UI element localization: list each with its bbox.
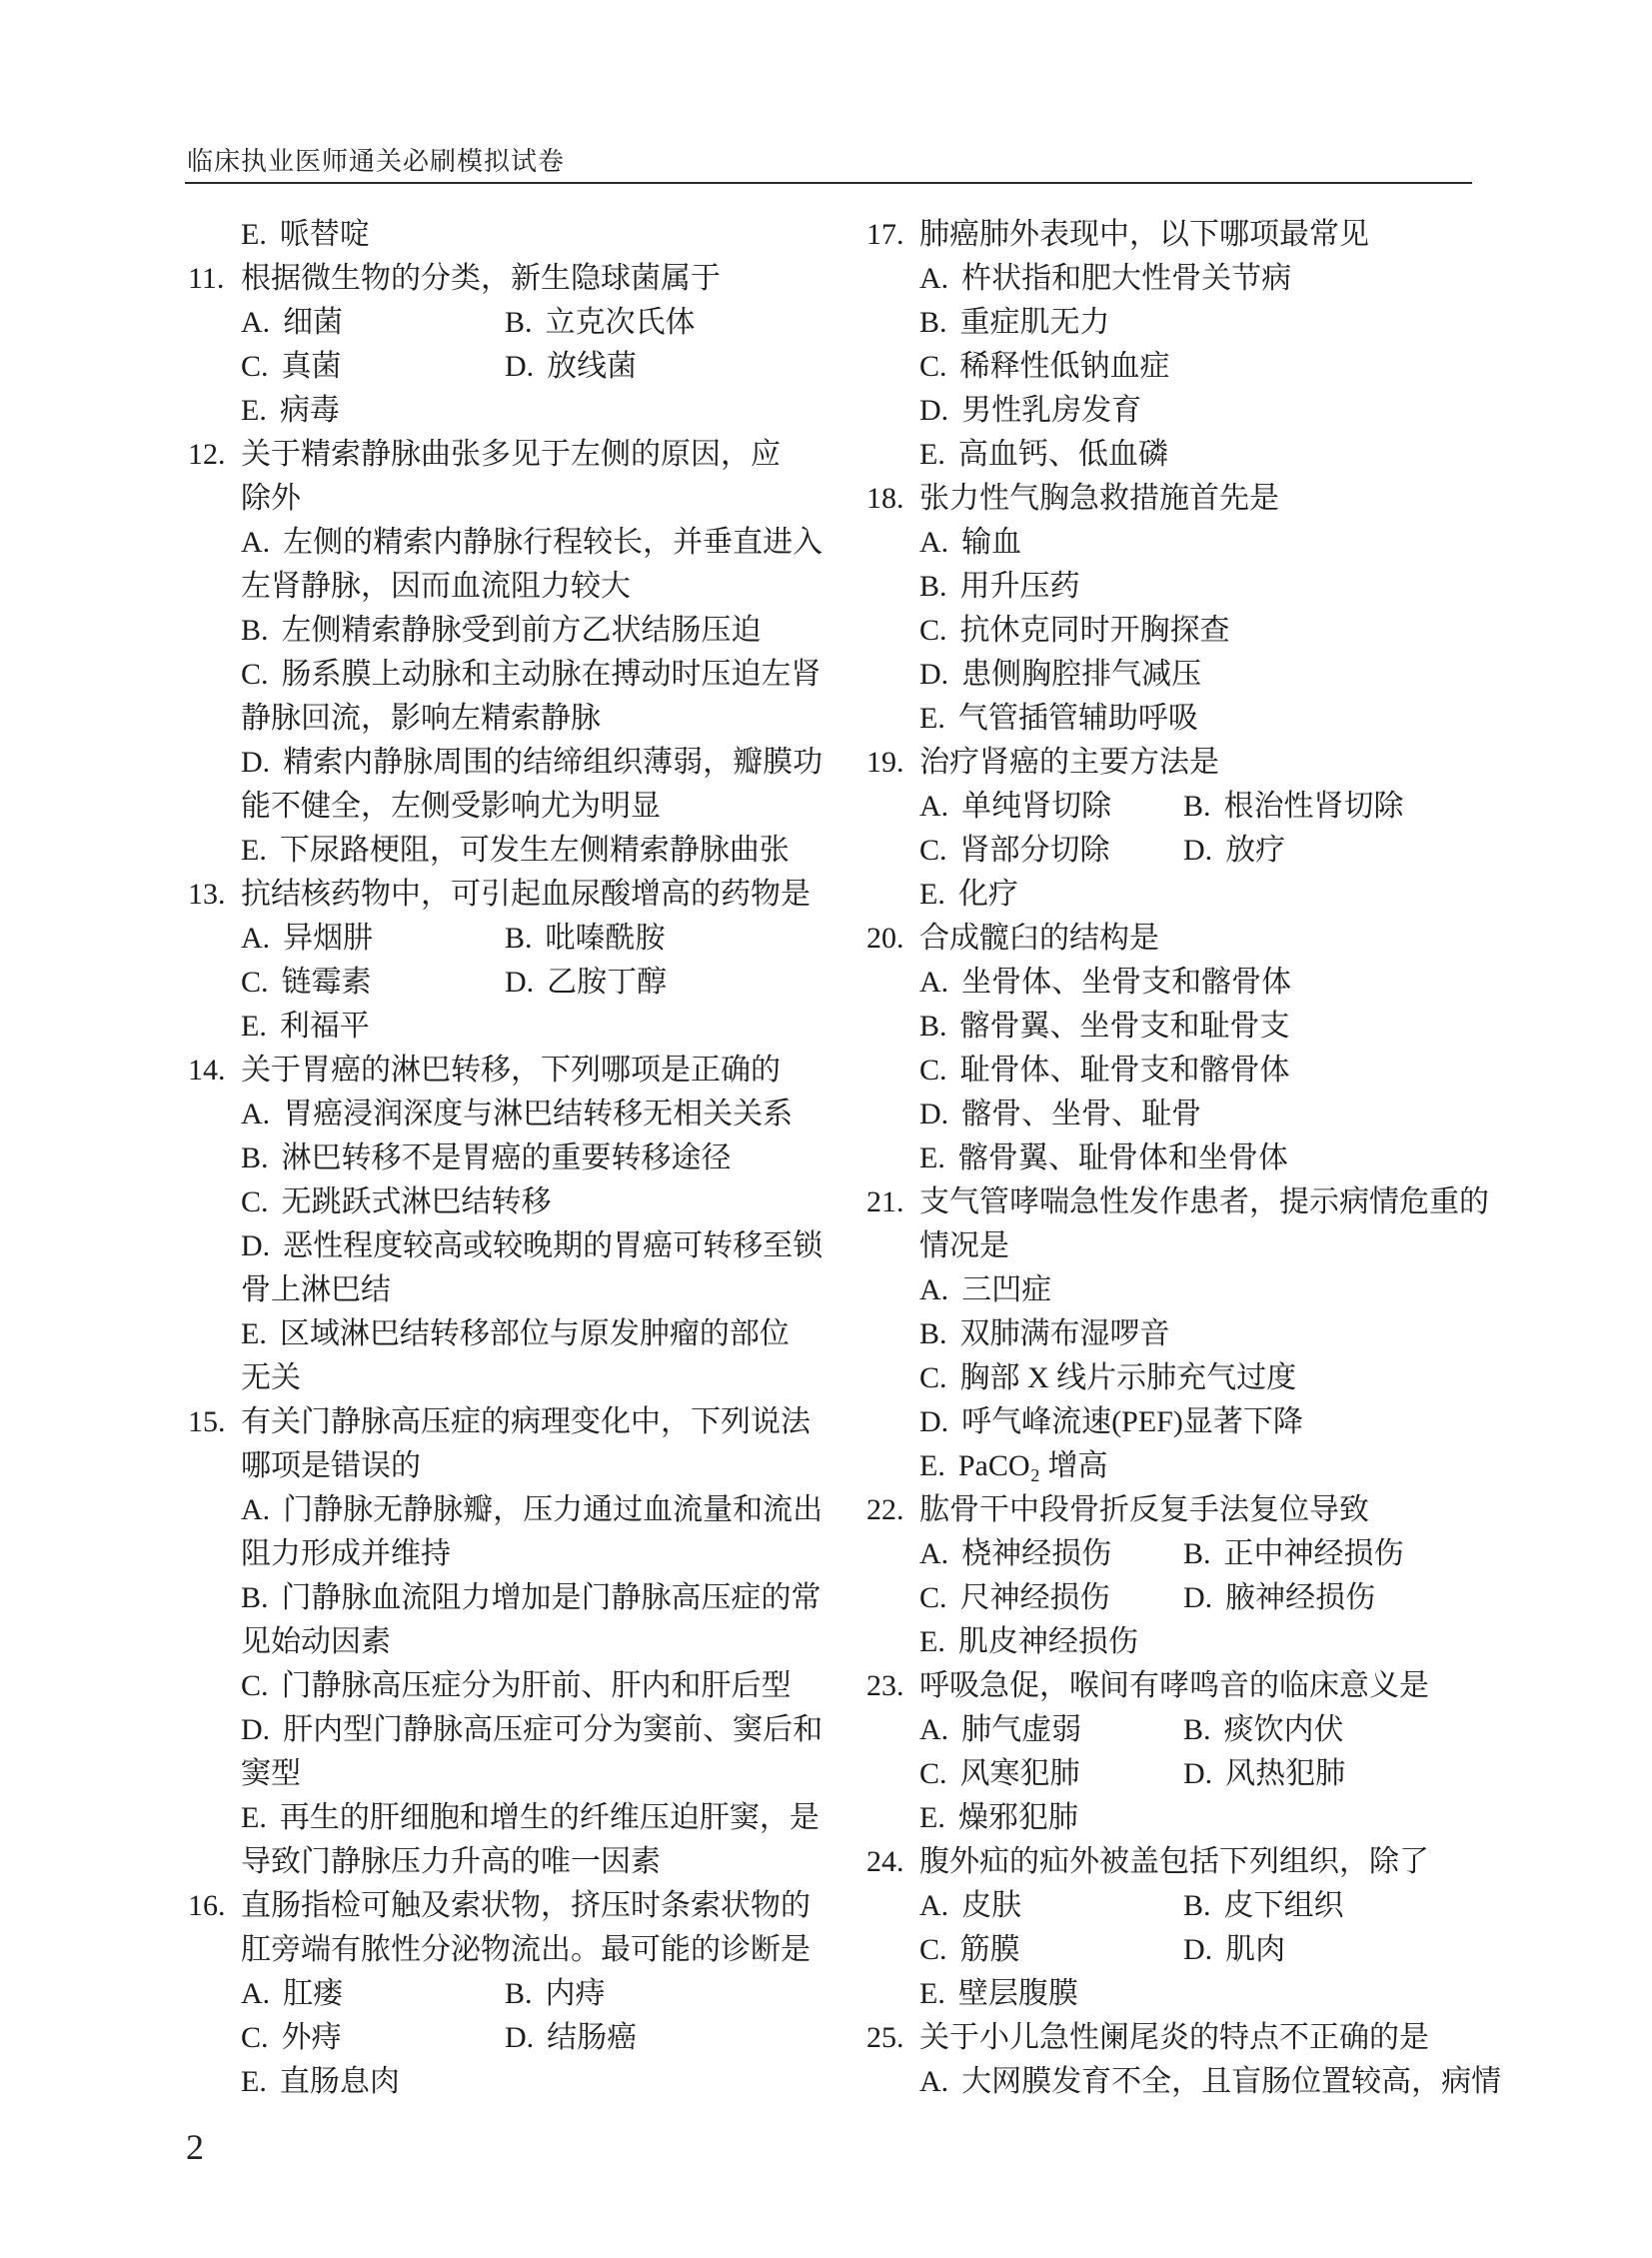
option-label: C. — [919, 614, 947, 647]
option-row: C.耻骨体、耻骨支和髂骨体 — [919, 1049, 1499, 1093]
option-text: 风热犯肺 — [1225, 1757, 1345, 1790]
option-text: 燥邪犯肺 — [958, 1801, 1078, 1834]
option-text: 细菌 — [283, 306, 343, 339]
option-row: A.坐骨体、坐骨支和髂骨体 — [919, 961, 1499, 1005]
stem-line: 12.关于精索静脉曲张多见于左侧的原因，应 — [241, 433, 821, 477]
stem-line: 15.有关门静脉高压症的病理变化中，下列说法 — [241, 1400, 821, 1444]
option-line: 静脉回流，影响左精索静脉 — [241, 697, 821, 741]
header-rule — [185, 182, 1472, 184]
option-row: B.淋巴转移不是胃癌的重要转移途径 — [241, 1136, 821, 1180]
option-line: 能不健全，左侧受影响尤为明显 — [241, 785, 821, 829]
option-text: 呼气峰流速(PEF)显著下降 — [961, 1405, 1303, 1438]
stem-text: 治疗肾癌的主要方法是 — [919, 746, 1219, 779]
stem-line: 13.抗结核药物中，可引起血尿酸增高的药物是 — [241, 873, 821, 917]
option-label: A. — [241, 306, 270, 339]
option-label: B. — [505, 306, 533, 339]
option-label: B. — [1183, 1889, 1211, 1922]
option-row: D.男性乳房发育 — [919, 389, 1499, 433]
option-text: 精索内静脉周围的结缔组织薄弱，瓣膜功 — [283, 746, 823, 779]
question: 19.治疗肾癌的主要方法是A.单纯肾切除B.根治性肾切除C.肾部分切除D.放疗E… — [919, 741, 1499, 917]
option-label: C. — [919, 350, 947, 383]
question: 23.呼吸急促，喉间有哮鸣音的临床意义是A.肺气虚弱B.痰饮内伏C.风寒犯肺D.… — [919, 1664, 1499, 1840]
option-cell: B.根治性肾切除 — [1183, 785, 1404, 829]
stem-line: 14.关于胃癌的淋巴转移，下列哪项是正确的 — [241, 1049, 821, 1093]
question-number: 12. — [188, 433, 226, 477]
option-cell: E.肌皮神经损伤 — [919, 1625, 1138, 1658]
option-row: B.双肺满布湿啰音 — [919, 1312, 1499, 1356]
option-text: 肾部分切除 — [960, 834, 1110, 867]
option-text: 皮下组织 — [1224, 1889, 1344, 1922]
option-text: 放疗 — [1225, 834, 1285, 867]
option-label: C. — [919, 834, 947, 867]
option-label: B. — [241, 1141, 269, 1174]
option-label: E. — [241, 218, 267, 251]
option-label: D. — [919, 658, 948, 691]
option-label: A. — [919, 1889, 948, 1922]
option-text: 窦型 — [241, 1757, 301, 1790]
stem-text: 合成髋臼的结构是 — [919, 922, 1159, 955]
option-label: E. — [241, 394, 267, 427]
option-text: 桡神经损伤 — [961, 1537, 1111, 1570]
option-text: 直肠息肉 — [280, 2065, 400, 2098]
option-label: E. — [241, 1317, 267, 1350]
question-number: 21. — [866, 1180, 904, 1224]
option-label: B. — [241, 1581, 269, 1614]
stem-text: 肺癌肺外表现中，以下哪项最常见 — [919, 218, 1369, 251]
option-cell: D.肌肉 — [1183, 1928, 1285, 1972]
option-text: 门静脉血流阻力增加是门静脉高压症的常 — [282, 1581, 822, 1614]
option-text: 胸部 X 线片示肺充气过度 — [960, 1361, 1297, 1394]
option-text: 患侧胸腔排气减压 — [961, 658, 1201, 691]
question: 12.关于精索静脉曲张多见于左侧的原因，应除外A.左侧的精索内静脉行程较长，并垂… — [241, 433, 821, 873]
option-cell: D.腋神经损伤 — [1183, 1576, 1375, 1620]
question-number: 16. — [188, 1884, 226, 1928]
stem-text: 关于胃癌的淋巴转移，下列哪项是正确的 — [241, 1054, 781, 1087]
option-line: 左肾静脉，因而血流阻力较大 — [241, 565, 821, 609]
option-cell: D.结肠癌 — [505, 2016, 637, 2060]
option-label: A. — [919, 2065, 948, 2098]
option-label: B. — [505, 1977, 533, 2010]
option-label: B. — [919, 570, 947, 603]
option-cell: D.呼气峰流速(PEF)显著下降 — [919, 1405, 1303, 1438]
option-text: 阻力形成并维持 — [241, 1537, 451, 1570]
option-text: 淋巴转移不是胃癌的重要转移途径 — [282, 1141, 732, 1174]
stem-text: 直肠指检可触及索状物，挤压时条索状物的 — [241, 1889, 811, 1922]
option-cell: E.利福平 — [241, 1010, 370, 1043]
option-text: 乙胺丁醇 — [547, 966, 667, 999]
option-label: C. — [919, 1581, 947, 1614]
option-label: A. — [919, 1273, 948, 1306]
option-row: A.细菌B.立克次氏体 — [241, 301, 821, 345]
option-label: E. — [241, 2065, 267, 2098]
stem-text: 哪项是错误的 — [241, 1449, 421, 1482]
option-line: A.门静脉无静脉瓣，压力通过血流量和流出 — [241, 1488, 821, 1532]
option-row: C.尺神经损伤D.腋神经损伤 — [919, 1576, 1499, 1620]
option-label: E. — [919, 1801, 945, 1834]
option-text: 髂骨翼、坐骨支和耻骨支 — [960, 1010, 1290, 1043]
option-cell: E.直肠息肉 — [241, 2065, 400, 2098]
option-row: E.肌皮神经损伤 — [919, 1620, 1499, 1664]
option-cell: D.髂骨、坐骨、耻骨 — [919, 1098, 1201, 1130]
option-text: 外痔 — [282, 2021, 342, 2054]
option-cell: C.胸部 X 线片示肺充气过度 — [919, 1361, 1296, 1394]
option-cell: B.立克次氏体 — [505, 301, 696, 345]
option-cell: E.PaCO₂ 增高 — [919, 1449, 1107, 1482]
option-text: 真菌 — [282, 350, 342, 383]
option-text: 肌皮神经损伤 — [958, 1625, 1138, 1658]
option-label: E. — [241, 834, 267, 867]
option-label: C. — [241, 966, 269, 999]
option-cell: C.抗休克同时开胸探查 — [919, 614, 1230, 647]
option-text: 立克次氏体 — [546, 306, 696, 339]
option-text: 利福平 — [280, 1010, 370, 1043]
question: 13.抗结核药物中，可引起血尿酸增高的药物是A.异烟肼B.吡嗪酰胺C.链霉素D.… — [241, 873, 821, 1049]
stem-text: 张力性气胸急救措施首先是 — [919, 482, 1279, 515]
option-text: 再生的肝细胞和增生的纤维压迫肝窦，是 — [280, 1801, 820, 1834]
question: 21.支气管哮喘急性发作患者，提示病情危重的情况是A.三凹症B.双肺满布湿啰音C… — [919, 1180, 1499, 1488]
option-text: 内痔 — [546, 1977, 606, 2010]
option-cell: E.哌替啶 — [241, 218, 370, 251]
option-label: C. — [919, 1054, 947, 1087]
option-row: E.PaCO₂ 增高 — [919, 1444, 1499, 1488]
question-number: 13. — [188, 873, 226, 917]
option-row: E.气管插管辅助呼吸 — [919, 697, 1499, 741]
option-cell: A.单纯肾切除 — [919, 790, 1111, 823]
question: 15.有关门静脉高压症的病理变化中，下列说法哪项是错误的A.门静脉无静脉瓣，压力… — [241, 1400, 821, 1884]
option-label: C. — [241, 1185, 269, 1218]
option-text: 无跳跃式淋巴结转移 — [282, 1185, 552, 1218]
stem-text: 肛旁端有脓性分泌物流出。最可能的诊断是 — [241, 1933, 811, 1966]
option-row: B.髂骨翼、坐骨支和耻骨支 — [919, 1005, 1499, 1049]
stem-line: 23.呼吸急促，喉间有哮鸣音的临床意义是 — [919, 1664, 1499, 1708]
option-label: E. — [919, 1141, 945, 1174]
option-text: 输血 — [961, 526, 1021, 559]
option-cell: C.肾部分切除 — [919, 834, 1110, 867]
question: 14.关于胃癌的淋巴转移，下列哪项是正确的A.胃癌浸润深度与淋巴结转移无相关关系… — [241, 1049, 821, 1400]
option-text: 痰饮内伏 — [1224, 1713, 1344, 1746]
option-label: B. — [241, 614, 269, 647]
option-text: 肠系膜上动脉和主动脉在搏动时压迫左肾 — [282, 658, 822, 691]
option-text: 根治性肾切除 — [1224, 790, 1404, 823]
stem-text: 关于精索静脉曲张多见于左侧的原因，应 — [241, 438, 781, 471]
question-number: 17. — [866, 213, 904, 257]
option-row: A.异烟肼B.吡嗪酰胺 — [241, 917, 821, 961]
option-label: A. — [919, 262, 948, 295]
question-number: 25. — [866, 2016, 904, 2060]
stem-line: 20.合成髋臼的结构是 — [919, 917, 1499, 961]
page-number: 2 — [186, 2125, 204, 2169]
option-text: 吡嗪酰胺 — [546, 922, 666, 955]
option-line: 阻力形成并维持 — [241, 1532, 821, 1576]
option-row: A.输血 — [919, 521, 1499, 565]
option-row: C.无跳跃式淋巴结转移 — [241, 1180, 821, 1224]
question-number: 20. — [866, 917, 904, 961]
option-cell: B.痰饮内伏 — [1183, 1708, 1344, 1752]
stem-line: 22.肱骨干中段骨折反复手法复位导致 — [919, 1488, 1499, 1532]
option-line: E.再生的肝细胞和增生的纤维压迫肝窦，是 — [241, 1796, 821, 1840]
option-text: 静脉回流，影响左精索静脉 — [241, 702, 601, 735]
option-label: A. — [919, 526, 948, 559]
option-row: C.筋膜D.肌肉 — [919, 1928, 1499, 1972]
option-text: 气管插管辅助呼吸 — [958, 702, 1198, 735]
option-text: 左肾静脉，因而血流阻力较大 — [241, 570, 631, 603]
option-label: D. — [1183, 1757, 1212, 1790]
option-text: 杵状指和肥大性骨关节病 — [961, 262, 1291, 295]
stem-text: 支气管哮喘急性发作患者，提示病情危重的 — [919, 1185, 1489, 1218]
option-cell: A.皮肤 — [919, 1889, 1021, 1922]
option-cell: C.筋膜 — [919, 1933, 1020, 1966]
option-row: C.稀释性低钠血症 — [919, 345, 1499, 389]
stem-text: 有关门静脉高压症的病理变化中，下列说法 — [241, 1405, 811, 1438]
option-label: D. — [505, 350, 534, 383]
stem-line: 16.直肠指检可触及索状物，挤压时条索状物的 — [241, 1884, 821, 1928]
option-line: D.恶性程度较高或较晚期的胃癌可转移至锁 — [241, 1224, 821, 1268]
column-right: 17.肺癌肺外表现中，以下哪项最常见A.杵状指和肥大性骨关节病B.重症肌无力C.… — [919, 213, 1499, 2104]
option-row: B.重症肌无力 — [919, 301, 1499, 345]
option-cell: A.肛瘘 — [241, 1977, 343, 2010]
question: 17.肺癌肺外表现中，以下哪项最常见A.杵状指和肥大性骨关节病B.重症肌无力C.… — [919, 213, 1499, 477]
option-row: A.单纯肾切除B.根治性肾切除 — [919, 785, 1499, 829]
stem-line: 21.支气管哮喘急性发作患者，提示病情危重的 — [919, 1180, 1499, 1224]
option-line: B.门静脉血流阻力增加是门静脉高压症的常 — [241, 1576, 821, 1620]
option-row: A.杵状指和肥大性骨关节病 — [919, 257, 1499, 301]
question: 16.直肠指检可触及索状物，挤压时条索状物的肛旁端有脓性分泌物流出。最可能的诊断… — [241, 1884, 821, 2104]
option-label: D. — [1183, 834, 1212, 867]
option-row: C.抗休克同时开胸探查 — [919, 609, 1499, 653]
stem-line: 除外 — [241, 477, 821, 521]
option-text: 双肺满布湿啰音 — [960, 1317, 1170, 1350]
option-row: E.下尿路梗阻，可发生左侧精索静脉曲张 — [241, 829, 821, 873]
option-text: 链霉素 — [282, 966, 372, 999]
option-row: E.髂骨翼、耻骨体和坐骨体 — [919, 1136, 1499, 1180]
option-cell: C.尺神经损伤 — [919, 1581, 1110, 1614]
option-text: 耻骨体、耻骨支和髂骨体 — [960, 1054, 1290, 1087]
option-cell: D.风热犯肺 — [1183, 1752, 1345, 1796]
option-label: A. — [241, 1493, 270, 1526]
question: 11.根据微生物的分类，新生隐球菌属于A.细菌B.立克次氏体C.真菌D.放线菌E… — [241, 257, 821, 433]
stem-line: 11.根据微生物的分类，新生隐球菌属于 — [241, 257, 821, 301]
option-text: 导致门静脉压力升高的唯一因素 — [241, 1845, 661, 1878]
option-label: C. — [919, 1757, 947, 1790]
option-text: 结肠癌 — [547, 2021, 637, 2054]
option-cell: E.气管插管辅助呼吸 — [919, 702, 1198, 735]
option-text: 髂骨、坐骨、耻骨 — [961, 1098, 1201, 1130]
option-line: E.区域淋巴结转移部位与原发肿瘤的部位 — [241, 1312, 821, 1356]
option-row: E.化疗 — [919, 873, 1499, 917]
option-label: D. — [241, 1229, 270, 1262]
option-label: A. — [241, 1977, 270, 2010]
stem-line: 24.腹外疝的疝外被盖包括下列组织，除了 — [919, 1840, 1499, 1884]
option-cell: B.左侧精索静脉受到前方乙状结肠压迫 — [241, 614, 762, 647]
option-label: D. — [505, 2021, 534, 2054]
option-row: A.皮肤B.皮下组织 — [919, 1884, 1499, 1928]
option-cell: A.输血 — [919, 526, 1021, 559]
question-number: 22. — [866, 1488, 904, 1532]
option-label: E. — [241, 1801, 267, 1834]
option-cell: B.用升压药 — [919, 570, 1080, 603]
option-cell: A.杵状指和肥大性骨关节病 — [919, 262, 1291, 295]
option-text: 病毒 — [280, 394, 340, 427]
stem-text: 关于小儿急性阑尾炎的特点不正确的是 — [919, 2021, 1429, 2054]
question-number: 24. — [866, 1840, 904, 1884]
option-text: 腋神经损伤 — [1225, 1581, 1375, 1614]
option-row: E.利福平 — [241, 1005, 821, 1049]
option-label: C. — [241, 658, 269, 691]
option-text: 门静脉无静脉瓣，压力通过血流量和流出 — [283, 1493, 823, 1526]
question: 22.肱骨干中段骨折反复手法复位导致A.桡神经损伤B.正中神经损伤C.尺神经损伤… — [919, 1488, 1499, 1664]
option-label: A. — [919, 966, 948, 999]
option-row: C.链霉素D.乙胺丁醇 — [241, 961, 821, 1005]
option-label: D. — [919, 1405, 948, 1438]
option-label: A. — [919, 1537, 948, 1570]
option-text: 区域淋巴结转移部位与原发肿瘤的部位 — [280, 1317, 790, 1350]
option-label: E. — [919, 1977, 945, 2010]
option-line: 无关 — [241, 1356, 821, 1400]
stem-text: 根据微生物的分类，新生隐球菌属于 — [241, 262, 721, 295]
option-label: B. — [919, 1317, 947, 1350]
option-text: 高血钙、低血磷 — [958, 438, 1168, 471]
question-number: 15. — [188, 1400, 226, 1444]
option-cell: B.双肺满布湿啰音 — [919, 1317, 1170, 1350]
option-row: B.左侧精索静脉受到前方乙状结肠压迫 — [241, 609, 821, 653]
option-cell: A.异烟肼 — [241, 922, 373, 955]
option-label: C. — [919, 1933, 947, 1966]
option-text: 肌肉 — [1225, 1933, 1285, 1966]
column-left: E.哌替啶11.根据微生物的分类，新生隐球菌属于A.细菌B.立克次氏体C.真菌D… — [241, 213, 821, 2104]
option-row: A.胃癌浸润深度与淋巴结转移无相关关系 — [241, 1093, 821, 1136]
option-cell: A.三凹症 — [919, 1273, 1051, 1306]
option-text: 能不健全，左侧受影响尤为明显 — [241, 790, 661, 823]
option-text: 壁层腹膜 — [958, 1977, 1078, 2010]
stem-line: 25.关于小儿急性阑尾炎的特点不正确的是 — [919, 2016, 1499, 2060]
option-label: B. — [1183, 790, 1211, 823]
option-label: B. — [505, 922, 533, 955]
option-cell: B.淋巴转移不是胃癌的重要转移途径 — [241, 1141, 732, 1174]
option-text: 髂骨翼、耻骨体和坐骨体 — [958, 1141, 1288, 1174]
option-label: C. — [241, 1669, 269, 1702]
option-label: B. — [919, 306, 947, 339]
option-cell: B.皮下组织 — [1183, 1884, 1344, 1928]
option-cell: A.肺气虚弱 — [919, 1713, 1081, 1746]
option-label: B. — [1183, 1713, 1211, 1746]
option-text: 筋膜 — [960, 1933, 1020, 1966]
option-text: 左侧精索静脉受到前方乙状结肠压迫 — [282, 614, 762, 647]
option-row: C.真菌D.放线菌 — [241, 345, 821, 389]
option-cell: A.胃癌浸润深度与淋巴结转移无相关关系 — [241, 1098, 793, 1130]
option-label: D. — [241, 746, 270, 779]
option-cell: B.髂骨翼、坐骨支和耻骨支 — [919, 1010, 1290, 1043]
option-text: 异烟肼 — [283, 922, 373, 955]
option-cell: D.放疗 — [1183, 829, 1285, 873]
option-row: A.肛瘘B.内痔 — [241, 1972, 821, 2016]
option-cell: C.外痔 — [241, 2021, 342, 2054]
option-label: A. — [919, 1713, 948, 1746]
option-text: 左侧的精索内静脉行程较长，并垂直进入 — [283, 526, 823, 559]
option-label: E. — [919, 702, 945, 735]
option-cell: A.细菌 — [241, 306, 343, 339]
option-text: 坐骨体、坐骨支和髂骨体 — [961, 966, 1291, 999]
question-number: 23. — [866, 1664, 904, 1708]
option-text: 胃癌浸润深度与淋巴结转移无相关关系 — [283, 1098, 793, 1130]
option-cell: E.壁层腹膜 — [919, 1977, 1078, 2010]
option-text: 正中神经损伤 — [1224, 1537, 1404, 1570]
option-text: 骨上淋巴结 — [241, 1273, 391, 1306]
question: 25.关于小儿急性阑尾炎的特点不正确的是A.大网膜发育不全，且盲肠位置较高，病情 — [919, 2016, 1499, 2104]
question: 20.合成髋臼的结构是A.坐骨体、坐骨支和髂骨体B.髂骨翼、坐骨支和耻骨支C.耻… — [919, 917, 1499, 1180]
option-label: C. — [241, 2021, 269, 2054]
stem-line: 17.肺癌肺外表现中，以下哪项最常见 — [919, 213, 1499, 257]
option-cell: E.高血钙、低血磷 — [919, 438, 1168, 471]
option-row: E.病毒 — [241, 389, 821, 433]
option-cell: C.链霉素 — [241, 966, 372, 999]
option-text: 恶性程度较高或较晚期的胃癌可转移至锁 — [283, 1229, 823, 1262]
option-label: A. — [241, 922, 270, 955]
option-line: 导致门静脉压力升高的唯一因素 — [241, 1840, 821, 1884]
option-row: E.燥邪犯肺 — [919, 1796, 1499, 1840]
option-cell: E.髂骨翼、耻骨体和坐骨体 — [919, 1141, 1288, 1174]
option-label: C. — [241, 350, 269, 383]
option-cell: C.门静脉高压症分为肝前、肝内和肝后型 — [241, 1669, 792, 1702]
option-cell: B.重症肌无力 — [919, 306, 1110, 339]
stem-line: 肛旁端有脓性分泌物流出。最可能的诊断是 — [241, 1928, 821, 1972]
question-number: 19. — [866, 741, 904, 785]
question: 24.腹外疝的疝外被盖包括下列组织，除了A.皮肤B.皮下组织C.筋膜D.肌肉E.… — [919, 1840, 1499, 2016]
option-row: C.肾部分切除D.放疗 — [919, 829, 1499, 873]
stem-text: 肱骨干中段骨折反复手法复位导致 — [919, 1493, 1369, 1526]
option-cell: E.化疗 — [919, 878, 1018, 911]
option-cell: B.吡嗪酰胺 — [505, 917, 666, 961]
option-cell: A.桡神经损伤 — [919, 1537, 1111, 1570]
option-label: D. — [919, 394, 948, 427]
stem-line: 18.张力性气胸急救措施首先是 — [919, 477, 1499, 521]
option-label: E. — [919, 1625, 945, 1658]
option-row: C.风寒犯肺D.风热犯肺 — [919, 1752, 1499, 1796]
option-row: E.哌替啶 — [241, 213, 821, 257]
stem-text: 除外 — [241, 482, 301, 515]
stem-text: 呼吸急促，喉间有哮鸣音的临床意义是 — [919, 1669, 1429, 1702]
option-label: C. — [919, 1361, 947, 1394]
option-text: 无关 — [241, 1361, 301, 1394]
option-line: 骨上淋巴结 — [241, 1268, 821, 1312]
option-label: A. — [241, 526, 270, 559]
option-row: D.呼气峰流速(PEF)显著下降 — [919, 1400, 1499, 1444]
option-label: E. — [919, 438, 945, 471]
stem-text: 腹外疝的疝外被盖包括下列组织，除了 — [919, 1845, 1429, 1878]
option-text: 化疗 — [958, 878, 1018, 911]
option-line: A.大网膜发育不全，且盲肠位置较高，病情 — [919, 2060, 1499, 2104]
option-label: D. — [241, 1713, 270, 1746]
option-label: E. — [919, 878, 945, 911]
option-text: 三凹症 — [961, 1273, 1051, 1306]
option-text: 见始动因素 — [241, 1625, 391, 1658]
question-number: 11. — [188, 257, 224, 301]
option-cell: C.真菌 — [241, 350, 342, 383]
option-label: D. — [1183, 1581, 1212, 1614]
option-text: 尺神经损伤 — [960, 1581, 1110, 1614]
option-text: 肛瘘 — [283, 1977, 343, 2010]
question-number: 18. — [866, 477, 904, 521]
question-number: 14. — [188, 1049, 226, 1093]
option-cell: D.放线菌 — [505, 345, 637, 389]
option-row: C.外痔D.结肠癌 — [241, 2016, 821, 2060]
option-line: C.肠系膜上动脉和主动脉在搏动时压迫左肾 — [241, 653, 821, 697]
option-text: 稀释性低钠血症 — [960, 350, 1170, 383]
option-cell: C.风寒犯肺 — [919, 1757, 1080, 1790]
option-text: 单纯肾切除 — [961, 790, 1111, 823]
option-cell: A.坐骨体、坐骨支和髂骨体 — [919, 966, 1291, 999]
option-row: E.直肠息肉 — [241, 2060, 821, 2104]
option-text: 用升压药 — [960, 570, 1080, 603]
